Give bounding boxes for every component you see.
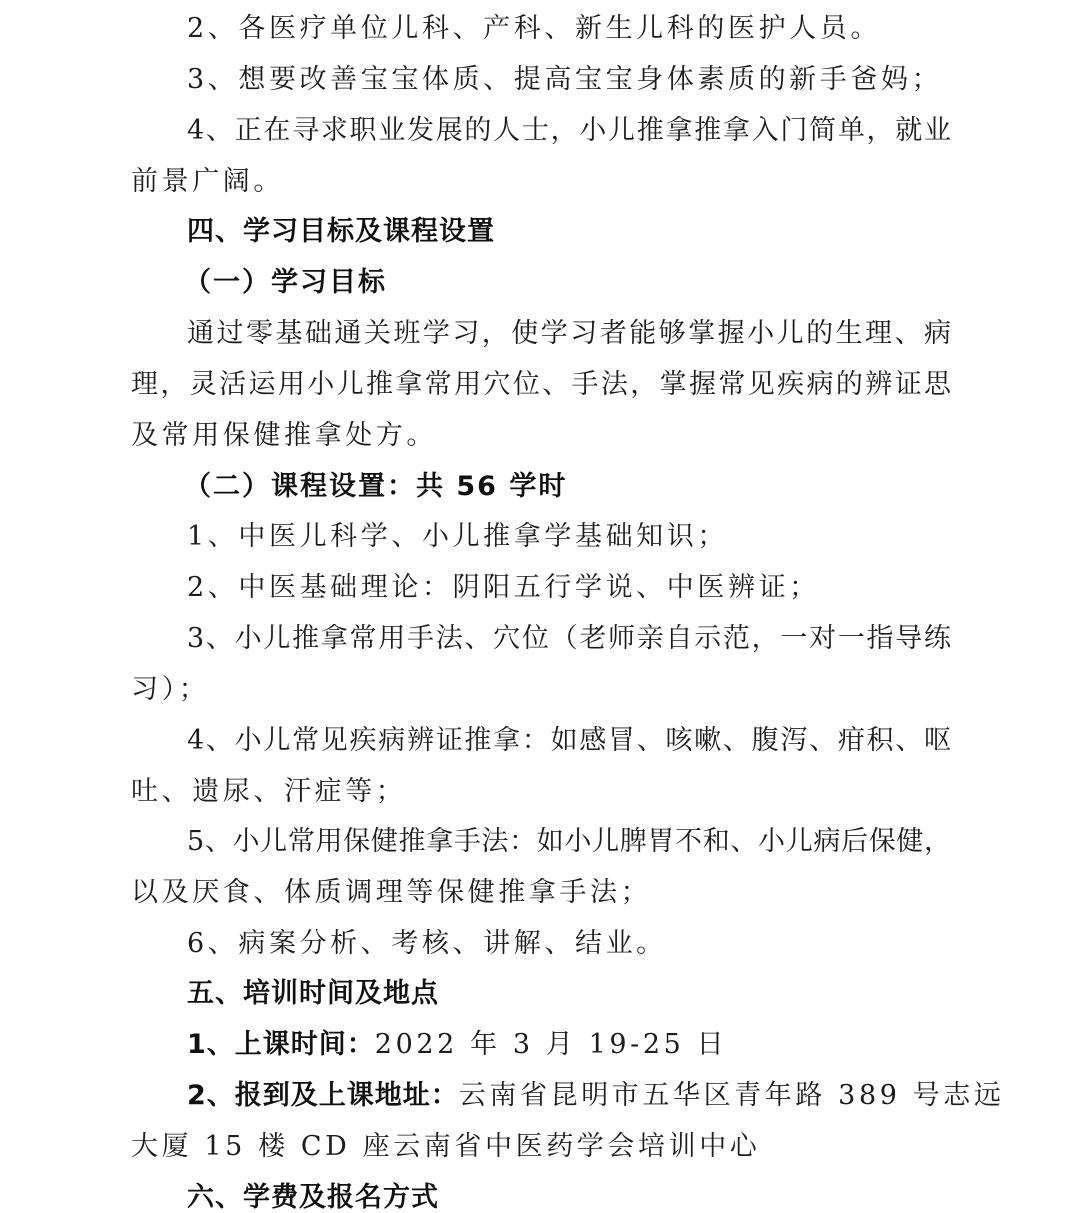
audience-item-4-line2: 前景广阔。 [131,165,951,199]
section-4-heading: 四、学习目标及课程设置 [187,215,951,249]
audience-item-3: 3、想要改善宝宝体质、提高宝宝身体素质的新手爸妈； [187,63,951,97]
class-address-line2: 大厦 15 楼 CD 座云南省中医药学会培训中心 [131,1130,951,1164]
course-item-4-line1: 4、小儿常见疾病辨证推拿：如感冒、咳嗽、腹泻、疳积、呕 [187,724,951,758]
courses-heading: （二）课程设置：共 56 学时 [184,470,1004,504]
section-6-heading: 六、学费及报名方式 [187,1181,951,1213]
goals-text-line2: 理，灵活运用小儿推拿常用穴位、手法，掌握常见疾病的辨证思 [131,368,951,402]
class-address-line1: 2、报到及上课地址：云南省昆明市五华区青年路 389 号志远 [187,1079,951,1113]
course-item-2: 2、中医基础理论：阴阳五行学说、中医辨证； [187,571,951,605]
class-time-label: 1、上课时间： [187,1029,375,1060]
class-time: 1、上课时间：2022 年 3 月 19-25 日 [187,1028,951,1062]
audience-item-2: 2、各医疗单位儿科、产科、新生儿科的医护人员。 [187,12,951,46]
goals-text-line3: 及常用保健推拿处方。 [131,419,951,453]
course-item-6: 6、病案分析、考核、讲解、结业。 [187,927,951,961]
audience-item-4-line1: 4、正在寻求职业发展的人士，小儿推拿推拿入门简单，就业 [187,114,951,148]
course-item-1: 1、中医儿科学、小儿推拿学基础知识； [187,520,951,554]
course-item-3-line2: 习）； [131,673,951,707]
course-item-4-line2: 吐、遗尿、汗症等； [131,775,951,809]
course-item-3-line1: 3、小儿推拿常用手法、穴位（老师亲自示范，一对一指导练 [187,622,951,656]
goals-heading: （一）学习目标 [184,266,1004,300]
section-5-heading: 五、培训时间及地点 [187,977,951,1011]
class-address-label: 2、报到及上课地址： [187,1080,459,1111]
course-item-5-line1: 5、小儿常用保健推拿手法：如小儿脾胃不和、小儿病后保健， [187,825,951,859]
course-item-5-line2: 以及厌食、体质调理等保健推拿手法； [131,876,951,910]
class-time-value: 2022 年 3 月 19-25 日 [375,1029,727,1060]
document-page: 2、各医疗单位儿科、产科、新生儿科的医护人员。 3、想要改善宝宝体质、提高宝宝身… [0,0,1080,1213]
class-address-value-line1: 云南省昆明市五华区青年路 389 号志远 [459,1080,1005,1111]
goals-text-line1: 通过零基础通关班学习，使学习者能够掌握小儿的生理、病 [187,317,951,351]
